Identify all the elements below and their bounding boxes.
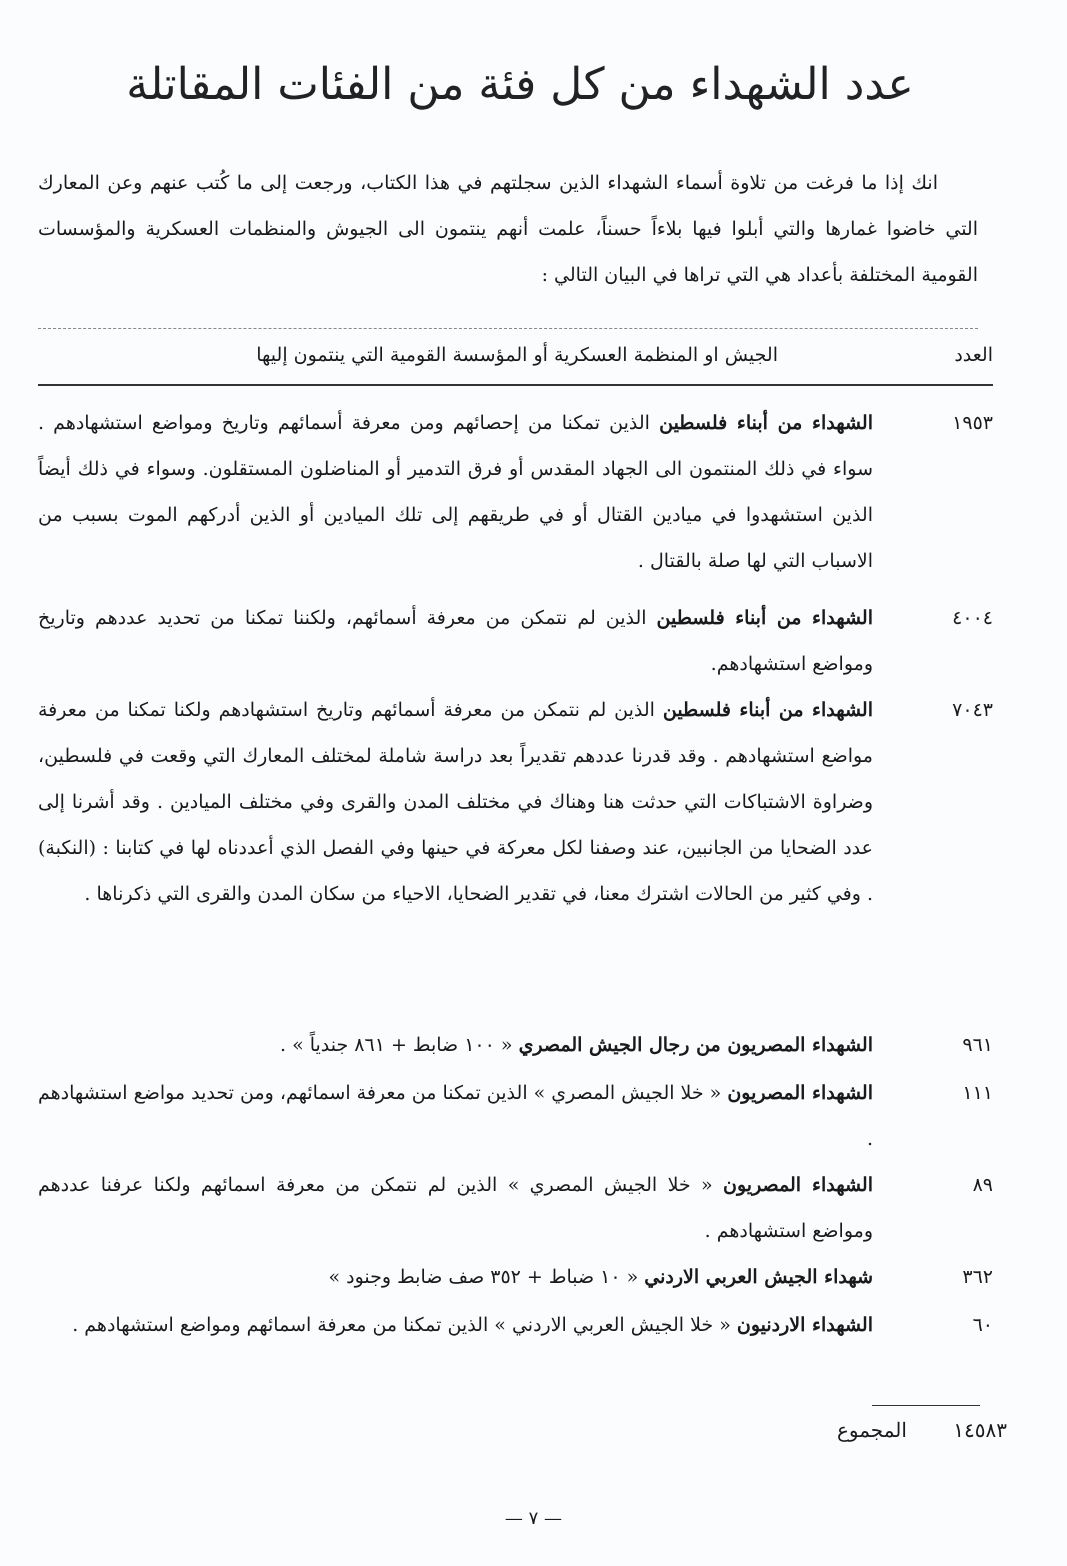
row-text: « خلا الجيش العربي الاردني » الذين تمكنا… xyxy=(72,1314,737,1336)
table-row: ٩٦١ الشهداء المصريون من رجال الجيش المصر… xyxy=(38,1022,993,1070)
row-lead: الشهداء من أبناء فلسطين xyxy=(663,699,873,721)
row-description: الشهداء المصريون « خلا الجيش المصري » ال… xyxy=(38,1162,873,1254)
row-lead: الشهداء المصريون من رجال الجيش المصري xyxy=(519,1034,873,1056)
header-number: العدد xyxy=(913,344,993,366)
row-description: الشهداء المصريون من رجال الجيش المصري « … xyxy=(38,1022,873,1068)
row-number: ٨٩ xyxy=(913,1162,993,1208)
row-description: الشهداء من أبناء فلسطين الذين لم نتمكن م… xyxy=(38,687,873,917)
row-lead: الشهداء من أبناء فلسطين xyxy=(659,412,873,434)
table-row: ١١١ الشهداء المصريون « خلا الجيش المصري … xyxy=(38,1070,993,1162)
table-row: ٤٠٠٤ الشهداء من أبناء فلسطين الذين لم نت… xyxy=(38,595,993,687)
row-text: « ١٠٠ ضابط + ٨٦١ جندياً » . xyxy=(280,1034,519,1056)
intro-paragraph: انك إذا ما فرغت من تلاوة أسماء الشهداء ا… xyxy=(38,160,978,298)
intro-text: انك إذا ما فرغت من تلاوة أسماء الشهداء ا… xyxy=(38,160,978,298)
table-row: ٧٠٤٣ الشهداء من أبناء فلسطين الذين لم نت… xyxy=(38,687,993,1022)
row-text: الذين تمكنا من إحصائهم ومن معرفة أسمائهم… xyxy=(38,412,873,572)
row-text: الذين لم نتمكن من معرفة أسمائهم وتاريخ ا… xyxy=(38,699,873,905)
row-description: الشهداء المصريون « خلا الجيش المصري » ال… xyxy=(38,1070,873,1162)
row-description: شهداء الجيش العربي الاردني « ١٠ ضباط + ٣… xyxy=(38,1254,873,1300)
table-row: ٣٦٢ شهداء الجيش العربي الاردني « ١٠ ضباط… xyxy=(38,1254,993,1302)
row-description: الشهداء من أبناء فلسطين الذين لم نتمكن م… xyxy=(38,595,873,687)
row-number: ٦٠ xyxy=(913,1302,993,1348)
row-lead: الشهداء الاردنيون xyxy=(737,1314,873,1336)
total-label: المجموع xyxy=(837,1418,907,1442)
total-number: ١٤٥٨٣ xyxy=(953,1418,1007,1442)
header-rule xyxy=(38,384,993,386)
row-description: الشهداء الاردنيون « خلا الجيش العربي الا… xyxy=(38,1302,873,1348)
table-body: ١٩٥٣ الشهداء من أبناء فلسطين الذين تمكنا… xyxy=(38,400,993,1394)
row-description: الشهداء من أبناء فلسطين الذين تمكنا من إ… xyxy=(38,400,873,584)
dotted-divider xyxy=(38,328,978,333)
page-number: — ٧ — xyxy=(0,1508,1067,1529)
row-number: ١١١ xyxy=(913,1070,993,1116)
row-number: ١٩٥٣ xyxy=(913,400,993,446)
table-row: ٦٠ الشهداء الاردنيون « خلا الجيش العربي … xyxy=(38,1302,993,1394)
table-header: العدد الجيش او المنظمة العسكرية أو المؤس… xyxy=(38,340,993,382)
row-number: ٣٦٢ xyxy=(913,1254,993,1300)
total-rule xyxy=(872,1405,980,1406)
row-number: ٩٦١ xyxy=(913,1022,993,1068)
scanned-page: عدد الشهداء من كل فئة من الفئات المقاتلة… xyxy=(0,0,1067,1566)
row-number: ٤٠٠٤ xyxy=(913,595,993,641)
total-row: ١٤٥٨٣ المجموع xyxy=(837,1418,1007,1442)
row-lead: الشهداء من أبناء فلسطين xyxy=(657,607,873,629)
header-description: الجيش او المنظمة العسكرية أو المؤسسة الق… xyxy=(256,344,778,366)
page-title: عدد الشهداء من كل فئة من الفئات المقاتلة xyxy=(100,59,940,110)
row-lead: الشهداء المصريون xyxy=(727,1082,873,1104)
row-lead: الشهداء المصريون xyxy=(723,1174,873,1196)
row-text: « ١٠ ضباط + ٣٥٢ صف ضابط وجنود » xyxy=(328,1266,644,1288)
row-number: ٧٠٤٣ xyxy=(913,687,993,733)
table-row: ٨٩ الشهداء المصريون « خلا الجيش المصري »… xyxy=(38,1162,993,1254)
row-lead: شهداء الجيش العربي الاردني xyxy=(644,1266,873,1288)
table-row: ١٩٥٣ الشهداء من أبناء فلسطين الذين تمكنا… xyxy=(38,400,993,595)
